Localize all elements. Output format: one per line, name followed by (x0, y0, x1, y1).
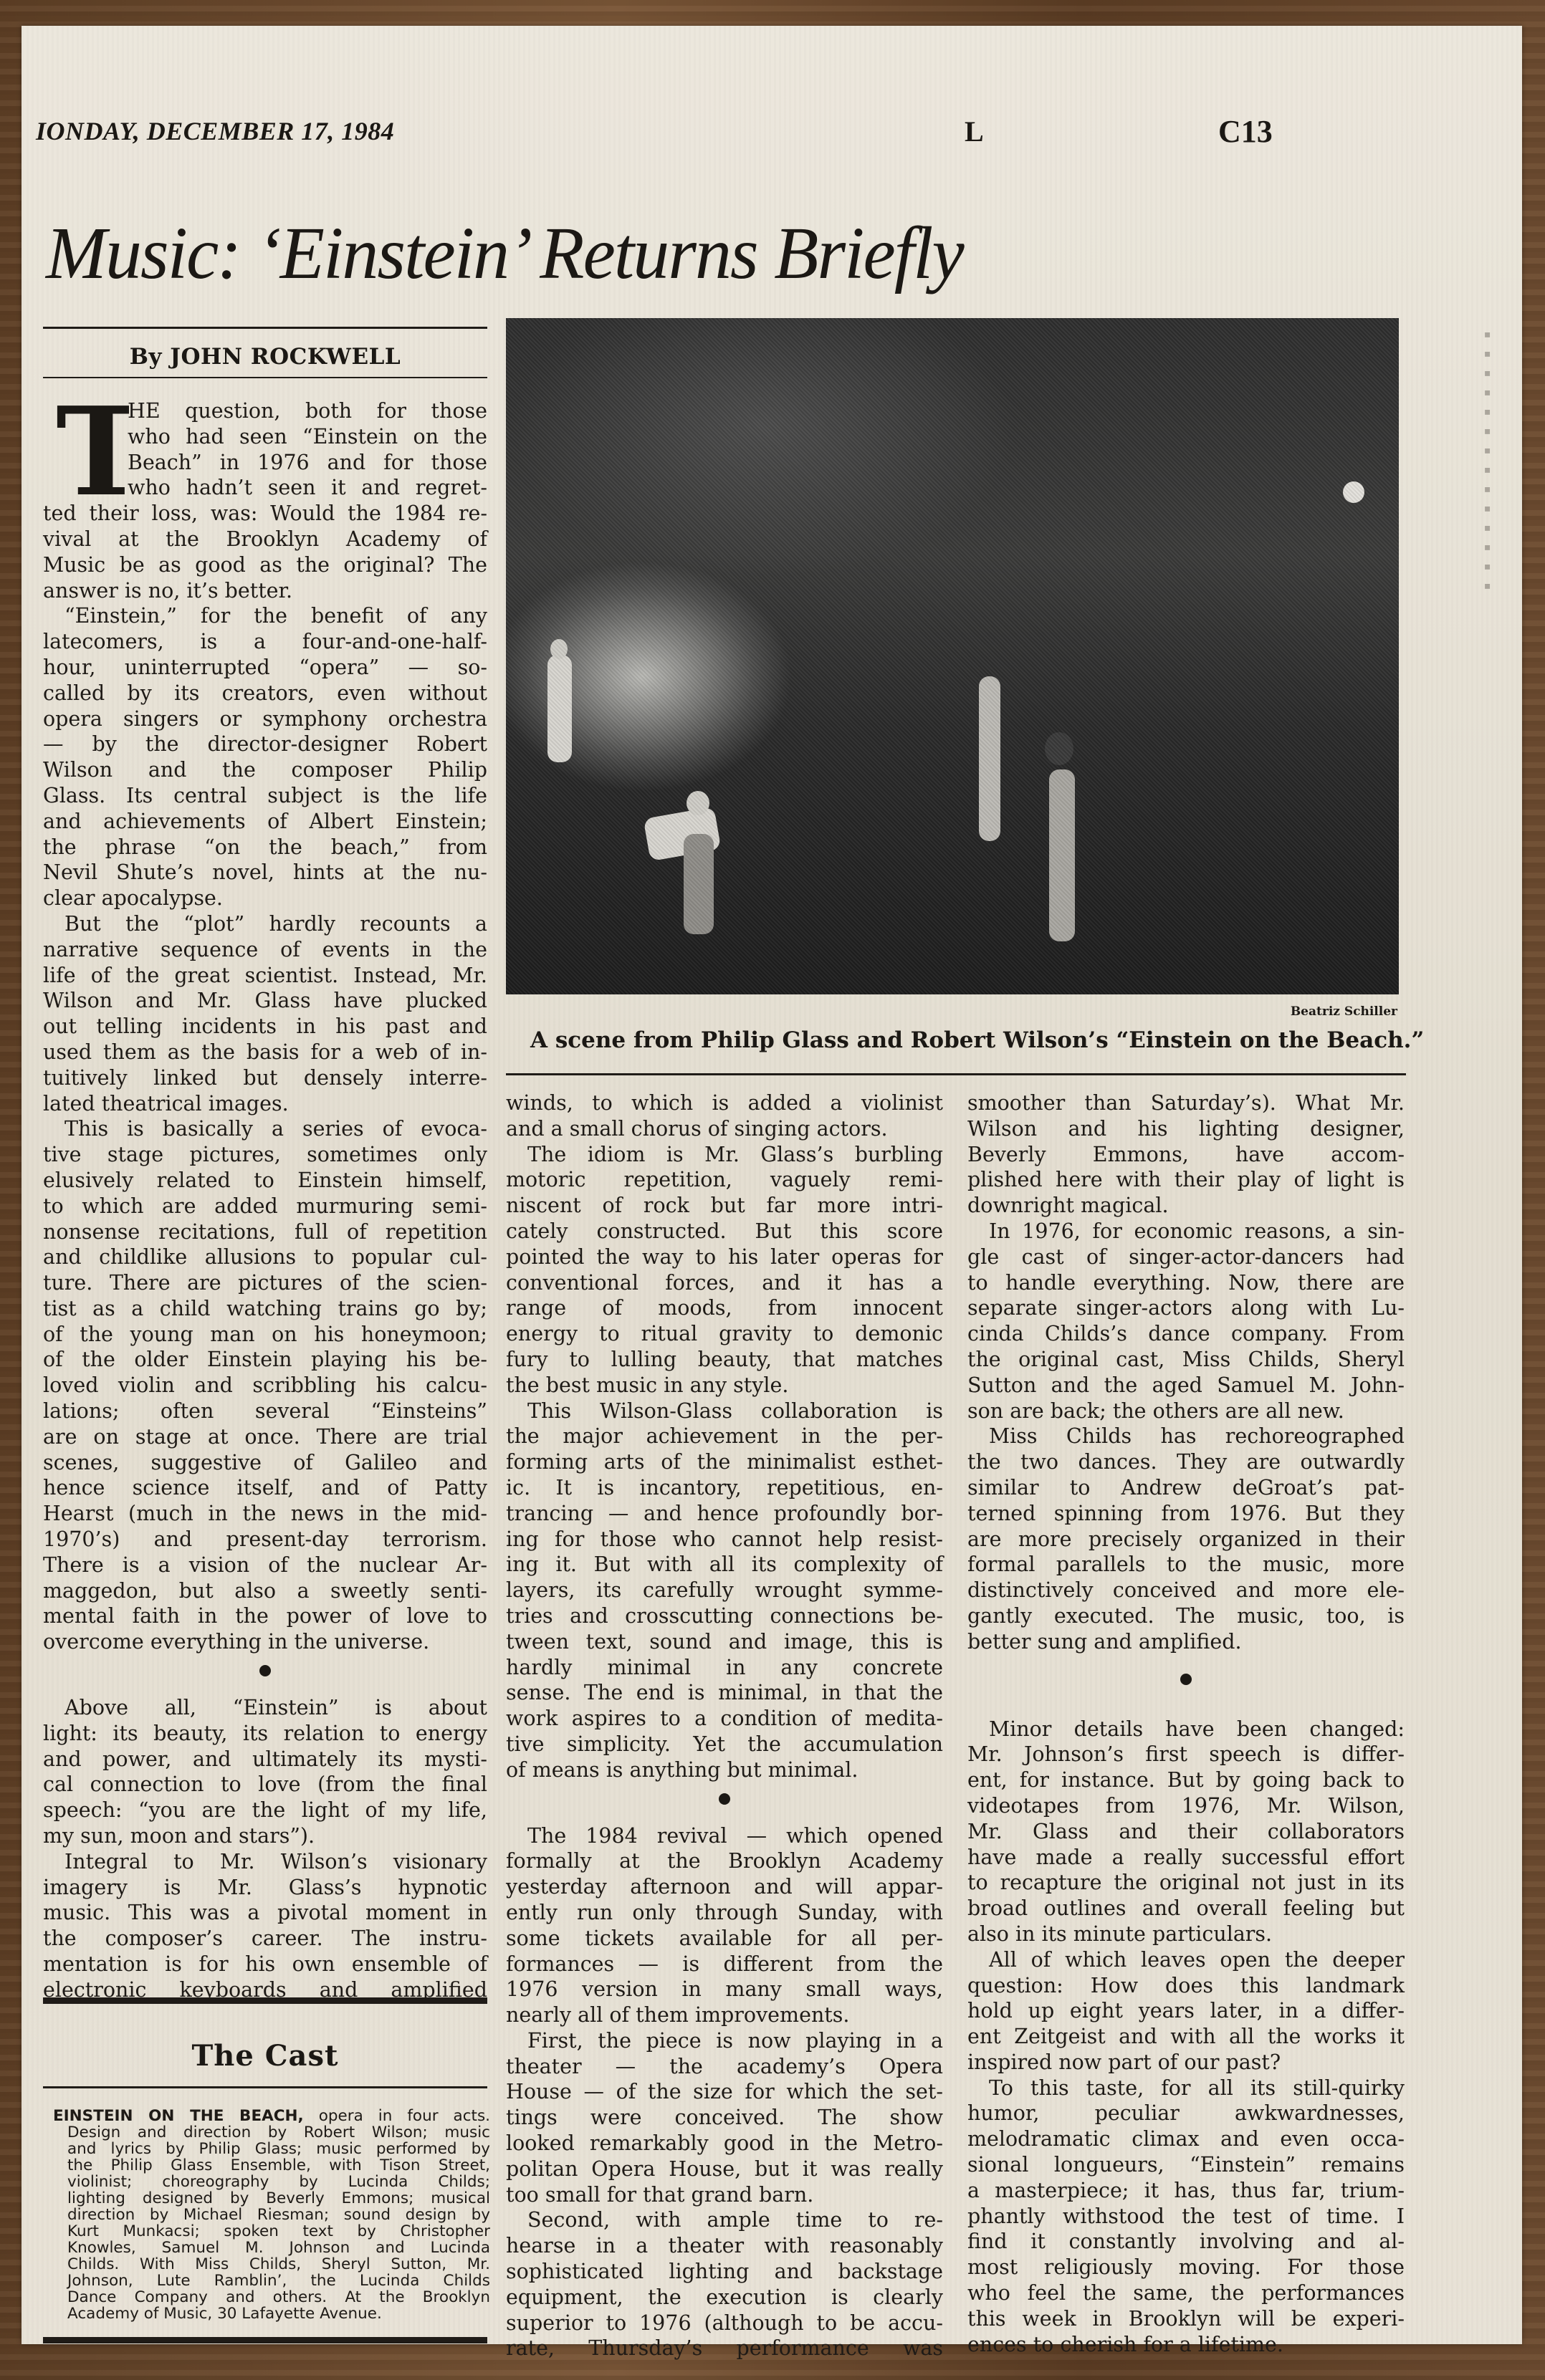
article-text-line: distinctively conceived and more ele- (967, 1578, 1405, 1603)
light-spot (1343, 481, 1364, 503)
article-text-line: ent Zeitgeist and with all the works it (967, 2024, 1405, 2050)
article-text-line: Glass. Its central subject is the life (43, 783, 487, 809)
article-text-line: also in its minute particulars. (967, 1921, 1405, 1947)
article-text-line: used them as the basis for a web of in- (43, 1040, 487, 1065)
bullet-dot-icon (719, 1793, 730, 1805)
performer-figure (979, 676, 1000, 841)
article-text-line: energy to ritual gravity to demonic (506, 1321, 943, 1347)
article-text-line: 1970’s) and present-day terrorism. (43, 1527, 487, 1553)
article-text-line: life of the great scientist. Instead, Mr… (43, 963, 487, 989)
article-text-line: videotapes from 1976, Mr. Wilson, (967, 1793, 1405, 1819)
article-text-line: ted their loss, was: Would the 1984 re- (43, 501, 487, 527)
article-text-line: range of moods, from innocent (506, 1295, 943, 1321)
article-text-line: niscent of rock but far more intri- (506, 1193, 943, 1219)
article-text-line: tries and crosscutting connections be- (506, 1603, 943, 1629)
article-text-line: imagery is Mr. Glass’s hypnotic (43, 1875, 487, 1901)
bullet-dot-icon (259, 1665, 271, 1676)
cast-box-title-rule (43, 2086, 487, 2088)
article-text-line: lations; often several “Einsteins” (43, 1398, 487, 1424)
cast-text-line: the Philip Glass Ensemble, with Tison St… (53, 2157, 490, 2174)
article-text-line: Music be as good as the original? The (43, 552, 487, 578)
article-text-line: ing for those who cannot help resist- (506, 1527, 943, 1553)
article-text-line: sophisticated lighting and backstage (506, 2259, 943, 2285)
article-text-line: opera singers or symphony orchestra (43, 706, 487, 732)
article-text-line: light: its beauty, its relation to energ… (43, 1721, 487, 1747)
article-text-line: this week in Brooklyn will be experi- (967, 2306, 1405, 2332)
article-text-line: are on stage at once. There are trial (43, 1424, 487, 1450)
article-text-line: too small for that grand barn. (506, 2182, 943, 2208)
cast-text-line: violinist; choreography by Lucinda Child… (53, 2174, 490, 2190)
article-text-line: HE question, both for those (43, 398, 487, 424)
article-text-line: ent, for instance. But by going back to (967, 1767, 1405, 1793)
cast-production-title: EINSTEIN ON THE BEACH, (53, 2107, 304, 2125)
stage-photo (506, 318, 1399, 994)
article-text-line: out telling incidents in his past and (43, 1014, 487, 1040)
article-text-line: There is a vision of the nuclear Ar- (43, 1553, 487, 1578)
headline: Music: ‘Einstein’ Returns Briefly (46, 211, 963, 296)
article-text-line: Beverly Emmons, have accom- (967, 1142, 1405, 1168)
article-text-line: question: How does this landmark (967, 1973, 1405, 1999)
article-text-line: politan Opera House, but it was really (506, 2156, 943, 2182)
article-text-line: the composer’s career. The instru- (43, 1926, 487, 1952)
article-text-line: equipment, the execution is clearly (506, 2285, 943, 2311)
performer-figure (644, 807, 722, 861)
article-text-line: First, the piece is now playing in a (506, 2028, 943, 2054)
article-text-line: Minor details have been changed: (967, 1717, 1405, 1742)
article-text-line: Above all, “Einstein” is about (43, 1695, 487, 1721)
article-text-line: layers, its carefully wrought symme- (506, 1578, 943, 1603)
article-text-line: Sutton and the aged Samuel M. John- (967, 1373, 1405, 1398)
byline-bottom-rule (43, 377, 487, 378)
article-text-line: All of which leaves open the deeper (967, 1947, 1405, 1973)
article-text-line: mental faith in the power of love to (43, 1603, 487, 1629)
article-text-line: House — of the size for which the set- (506, 2079, 943, 2105)
article-text-line: — by the director-designer Robert (43, 731, 487, 757)
article-text-line: winds, to which is added a violinist (506, 1090, 943, 1116)
article-text-line: of the young man on his honeymoon; (43, 1322, 487, 1348)
article-text-line: my sun, moon and stars”). (43, 1823, 487, 1849)
article-text-line: lated theatrical images. (43, 1091, 487, 1117)
article-text-line: work aspires to a condition of medita- (506, 1706, 943, 1732)
cast-text-line: Johnson, Lute Ramblin’, the Lucinda Chil… (53, 2273, 490, 2289)
cast-production-description: opera in four acts. (304, 2107, 490, 2125)
article-text-line: tween text, sound and image, this is (506, 1629, 943, 1655)
article-text-line: hence science itself, and of Patty (43, 1475, 487, 1501)
performer-figure (684, 834, 714, 934)
article-text-line: of the older Einstein playing his be- (43, 1347, 487, 1373)
article-text-line: formances — is different from the (506, 1952, 943, 1977)
article-text-line: Miss Childs has rechoreographed (967, 1424, 1405, 1449)
caption-rule (506, 1073, 1406, 1075)
cast-text-line: and lyrics by Philip Glass; music perfor… (53, 2141, 490, 2157)
article-text-line: Second, with ample time to re- (506, 2207, 943, 2233)
article-text-line: But the “plot” hardly recounts a (43, 911, 487, 937)
article-text-line: Nevil Shute’s novel, hints at the nu- (43, 860, 487, 886)
article-text-line: smoother than Saturday’s). What Mr. (967, 1090, 1405, 1116)
article-text-line: speech: “you are the light of my life, (43, 1798, 487, 1823)
article-text-line: ing it. But with all its complexity of (506, 1552, 943, 1578)
article-text-line: formally at the Brooklyn Academy (506, 1848, 943, 1874)
photo-credit: Beatriz Schiller (1283, 1004, 1397, 1019)
folio-page-number: C13 (1218, 113, 1273, 150)
article-text-line: rate, Thursday’s performance was (506, 2336, 943, 2361)
cast-box-top-rule (43, 1997, 487, 2004)
article-text-line: theater — the academy’s Opera (506, 2054, 943, 2080)
cast-text-line: lighting designed by Beverly Emmons; mus… (53, 2190, 490, 2207)
article-text-line: yesterday afternoon and will appar- (506, 1874, 943, 1900)
article-text-line: tive simplicity. Yet the accumulation (506, 1732, 943, 1757)
article-text-line: cal connection to love (from the final (43, 1772, 487, 1798)
article-text-line: the two dances. They are outwardly (967, 1449, 1405, 1475)
article-text-line: mentation is for his own ensemble of (43, 1952, 487, 1977)
cast-text-line: direction by Michael Riesman; sound desi… (53, 2207, 490, 2223)
article-text-line: gle cast of singer-actor-dancers had (967, 1244, 1405, 1270)
article-text-line: Beach” in 1976 and for those (43, 450, 487, 476)
article-text-line: plished here with their play of light is (967, 1167, 1405, 1193)
article-text-line: to handle everything. Now, there are (967, 1270, 1405, 1296)
article-text-line: hour, uninterrupted “opera” — so- (43, 655, 487, 681)
article-text-line: and achievements of Albert Einstein; (43, 809, 487, 835)
folio-edition: L (965, 115, 984, 148)
article-text-line: to recapture the original not just in it… (967, 1870, 1405, 1896)
cast-text-line: Academy of Music, 30 Lafayette Avenue. (53, 2305, 490, 2322)
article-text-line: In 1976, for economic reasons, a sin- (967, 1219, 1405, 1244)
article-text-line: and power, and ultimately its mysti- (43, 1747, 487, 1772)
article-text-line: cately constructed. But this score (506, 1219, 943, 1244)
article-text-line: have made a really successful effort (967, 1845, 1405, 1871)
article-text-line: find it constantly involving and al- (967, 2229, 1405, 2255)
article-text-line: “Einstein,” for the benefit of any (43, 603, 487, 629)
article-text-line: hold up eight years later, in a differ- (967, 1998, 1405, 2024)
section-break-dot (506, 1783, 943, 1823)
article-text-line: phantly withstood the test of time. I (967, 2204, 1405, 2230)
bullet-dot-icon (1180, 1674, 1192, 1685)
cast-box-body: EINSTEIN ON THE BEACH, opera in four act… (53, 2108, 490, 2322)
article-text-line: and childlike allusions to popular cul- (43, 1244, 487, 1270)
cast-text-line: Knowles, Samuel M. Johnson and Lucinda (53, 2240, 490, 2256)
article-text-line: Mr. Johnson’s first speech is differ- (967, 1742, 1405, 1767)
article-text-line: the best music in any style. (506, 1373, 943, 1398)
article-text-line: looked remarkably good in the Metro- (506, 2131, 943, 2156)
article-text-line: trancing — and hence profoundly bor- (506, 1501, 943, 1527)
article-text-line: ences to cherish for a lifetime. (967, 2332, 1405, 2358)
article-text-line: separate singer-actors along with Lu- (967, 1295, 1405, 1321)
article-text-line: broad outlines and overall feeling but (967, 1896, 1405, 1921)
article-text-line: tings were conceived. The show (506, 2105, 943, 2131)
article-text-line: cinda Childs’s dance company. From (967, 1321, 1405, 1347)
cast-text-line: Kurt Munkacsi; spoken text by Christophe… (53, 2223, 490, 2240)
article-text-line: ently run only through Sunday, with (506, 1900, 943, 1926)
article-text-line: ture. There are pictures of the scien- (43, 1270, 487, 1296)
article-text-line: superior to 1976 (although to be accu- (506, 2311, 943, 2336)
cast-text-line: Dance Company and others. At the Brookly… (53, 2289, 490, 2305)
article-text-line: Integral to Mr. Wilson’s visionary (43, 1849, 487, 1875)
article-text-line: the original cast, Miss Childs, Sheryl (967, 1347, 1405, 1373)
article-column-1: HE question, both for thosewho had seen … (43, 398, 487, 2003)
article-text-line: scenes, suggestive of Galileo and (43, 1450, 487, 1476)
performer-head (1045, 732, 1073, 765)
article-text-line: Hearst (much in the news in the mid- (43, 1501, 487, 1527)
performer-figure (1049, 769, 1075, 941)
cast-text-line: Design and direction by Robert Wilson; m… (53, 2124, 490, 2141)
performer-head (550, 639, 568, 659)
article-text-line: Wilson and his lighting designer, (967, 1116, 1405, 1142)
article-text-line: The idiom is Mr. Glass’s burbling (506, 1142, 943, 1168)
article-text-line: sense. The end is minimal, in that the (506, 1680, 943, 1706)
article-text-line: nearly all of them improvements. (506, 2002, 943, 2028)
article-text-line: are more precisely organized in their (967, 1527, 1405, 1553)
article-text-line: tuitively linked but densely interre- (43, 1065, 487, 1091)
article-text-line: music. This was a pivotal moment in (43, 1900, 487, 1926)
article-text-line: answer is no, it’s better. (43, 578, 487, 604)
article-text-line: most religiously moving. For those (967, 2255, 1405, 2280)
article-text-line: tist as a child watching trains go by; (43, 1296, 487, 1322)
cast-box-bottom-rule (43, 2337, 487, 2343)
performer-figure (547, 655, 572, 762)
article-text-line: Wilson and the composer Philip (43, 757, 487, 783)
article-text-line: better sung and amplified. (967, 1629, 1405, 1655)
article-text-line: overcome everything in the universe. (43, 1629, 487, 1655)
article-text-line: formal parallels to the music, more (967, 1552, 1405, 1578)
article-text-line: hardly minimal in any concrete (506, 1655, 943, 1681)
article-text-line: inspired now part of our past? (967, 2050, 1405, 2076)
article-column-3: smoother than Saturday’s). What Mr.Wilso… (967, 1090, 1405, 2357)
cast-box-title: The Cast (43, 2039, 487, 2073)
article-text-line: fury to lulling beauty, that matches (506, 1347, 943, 1373)
article-text-line: maggedon, but also a sweetly senti- (43, 1578, 487, 1604)
article-text-line: nonsense recitations, full of repetition (43, 1219, 487, 1245)
article-text-line: some tickets available for all per- (506, 1926, 943, 1952)
article-text-line: conventional forces, and it has a (506, 1270, 943, 1296)
article-text-line: who had seen “Einstein on the (43, 424, 487, 450)
article-text-line: sional longueurs, “Einstein” remains (967, 2152, 1405, 2178)
article-text-line: terned spinning from 1976. But they (967, 1501, 1405, 1527)
article-text-line: hearse in a theater with reasonably (506, 2233, 943, 2259)
article-text-line: tive stage pictures, sometimes only (43, 1142, 487, 1168)
article-text-line: to which are added murmuring semi- (43, 1194, 487, 1219)
byline-top-rule (43, 327, 487, 329)
article-text-line: To this taste, for all its still-quirky (967, 2076, 1405, 2101)
article-text-line: elusively related to Einstein himself, (43, 1168, 487, 1194)
article-text-line: son are back; the others are all new. (967, 1398, 1405, 1424)
section-break-dot (43, 1655, 487, 1695)
article-text-line: latecomers, is a four-and-one-half- (43, 629, 487, 655)
article-text-line: and a small chorus of singing actors. (506, 1116, 943, 1142)
article-text-line: called by its creators, even without (43, 681, 487, 706)
byline: By JOHN ROCKWELL (43, 344, 487, 370)
article-text-line: ic. It is incantory, repetitious, en- (506, 1475, 943, 1501)
article-text-line: of means is anything but minimal. (506, 1757, 943, 1783)
article-text-line: similar to Andrew deGroat’s pat- (967, 1475, 1405, 1501)
newspaper-clipping: IONDAY, DECEMBER 17, 1984 L C13 Music: ‘… (21, 26, 1522, 2344)
margin-bleed-through-text: ▪▪▪▪▪▪▪▪▪▪▪▪▪▪ (1473, 327, 1495, 1330)
section-break-dot (967, 1655, 1405, 1717)
article-text-line: who hadn’t seen it and regret- (43, 475, 487, 501)
photo-caption: A scene from Philip Glass and Robert Wil… (530, 1027, 1405, 1053)
article-text-line: Mr. Glass and their collaborators (967, 1819, 1405, 1845)
article-text-line: the major achievement in the per- (506, 1424, 943, 1449)
article-text-line: humor, peculiar awkwardnesses, (967, 2101, 1405, 2126)
article-text-line: narrative sequence of events in the (43, 937, 487, 963)
article-text-line: downright magical. (967, 1193, 1405, 1219)
folio-date: IONDAY, DECEMBER 17, 1984 (36, 116, 394, 146)
cast-text-line: Childs. With Miss Childs, Sheryl Sutton,… (53, 2256, 490, 2273)
article-text-line: vival at the Brooklyn Academy of (43, 527, 487, 552)
article-text-line: 1976 version in many small ways, (506, 1977, 943, 2002)
article-text-line: gantly executed. The music, too, is (967, 1603, 1405, 1629)
article-text-line: forming arts of the minimalist esthet- (506, 1449, 943, 1475)
article-text-line: loved violin and scribbling his calcu- (43, 1373, 487, 1398)
article-text-line: who feel the same, the performances (967, 2280, 1405, 2306)
article-column-2: winds, to which is added a violinistand … (506, 1090, 943, 2361)
article-text-line: pointed the way to his later operas for (506, 1244, 943, 1270)
article-text-line: melodramatic climax and even occa- (967, 2126, 1405, 2152)
article-text-line: This Wilson-Glass collaboration is (506, 1398, 943, 1424)
article-text-line: motoric repetition, vaguely remi- (506, 1167, 943, 1193)
article-text-line: Wilson and Mr. Glass have plucked (43, 988, 487, 1014)
article-text-line: a masterpiece; it has, thus far, trium- (967, 2178, 1405, 2204)
article-text-line: This is basically a series of evoca- (43, 1116, 487, 1142)
article-text-line: The 1984 revival — which opened (506, 1823, 943, 1849)
article-text-line: clear apocalypse. (43, 886, 487, 911)
article-text-line: the phrase “on the beach,” from (43, 835, 487, 860)
performer-head (687, 791, 709, 815)
cast-text-line: EINSTEIN ON THE BEACH, opera in four act… (53, 2108, 490, 2124)
